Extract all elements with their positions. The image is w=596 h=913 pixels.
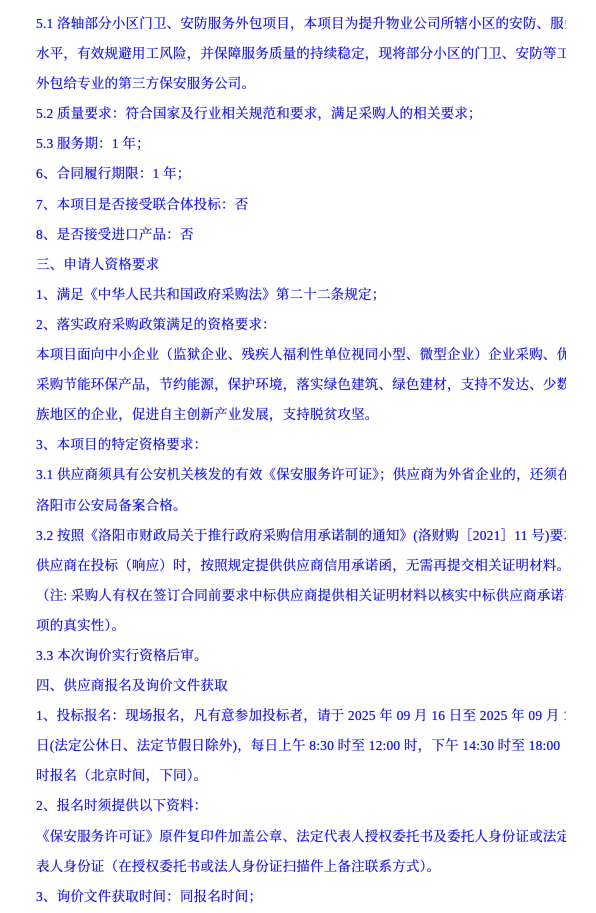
text-line: 3、询价文件获取时间：同报名时间； [36, 882, 566, 912]
text-line: 5.2 质量要求：符合国家及行业相关规范和要求，满足采购人的相关要求； [36, 99, 566, 129]
text-line: 外包给专业的第三方保安服务公司。 [36, 69, 566, 99]
text-line: 本项目面向中小企业（监狱企业、残疾人福利性单位视同小型、微型企业）企业采购、优先 [36, 340, 566, 370]
text-line: 7、本项目是否接受联合体投标：否 [36, 190, 566, 220]
text-line: 洛阳市公安局备案合格。 [36, 491, 566, 521]
document-body: 5.1 洛轴部分小区门卫、安防服务外包项目，本项目为提升物业公司所辖小区的安防、… [36, 9, 566, 912]
document-page: 5.1 洛轴部分小区门卫、安防服务外包项目，本项目为提升物业公司所辖小区的安防、… [0, 0, 596, 913]
text-line: 四、供应商报名及询价文件获取 [36, 671, 566, 701]
text-line: 族地区的企业，促进自主创新产业发展，支持脱贫攻坚。 [36, 400, 566, 430]
text-line: 表人身份证（在授权委托书或法人身份证扫描件上备注联系方式）。 [36, 852, 566, 882]
text-line: 供应商在投标（响应）时，按照规定提供供应商信用承诺函，无需再提交相关证明材料。 [36, 551, 566, 581]
text-line: 3、本项目的特定资格要求： [36, 430, 566, 460]
text-line: 5.1 洛轴部分小区门卫、安防服务外包项目，本项目为提升物业公司所辖小区的安防、… [36, 9, 566, 39]
text-line: 5.3 服务期：1 年； [36, 129, 566, 159]
text-line: 2、落实政府采购政策满足的资格要求： [36, 310, 566, 340]
text-line: 1、满足《中华人民共和国政府采购法》第二十二条规定； [36, 280, 566, 310]
text-line: （注: 采购人有权在签订合同前要求中标供应商提供相关证明材料以核实中标供应商承诺… [36, 581, 566, 611]
text-line: 三、申请人资格要求 [36, 250, 566, 280]
text-line: 3.2 按照《洛阳市财政局关于推行政府采购信用承诺制的通知》(洛财购［2021］… [36, 521, 566, 551]
text-line: 项的真实性）。 [36, 611, 566, 641]
text-line: 采购节能环保产品，节约能源，保护环境，落实绿色建筑、绿色建材，支持不发达、少数民 [36, 370, 566, 400]
text-line: 3.1 供应商须具有公安机关核发的有效《保安服务许可证》；供应商为外省企业的，还… [36, 460, 566, 490]
text-line: 8、是否接受进口产品：否 [36, 220, 566, 250]
text-line: 3.3 本次询价实行资格后审。 [36, 641, 566, 671]
text-line: 6、合同履行期限：1 年； [36, 159, 566, 189]
text-line: 《保安服务许可证》原件复印件加盖公章、法定代表人授权委托书及委托人身份证或法定代 [36, 822, 566, 852]
text-line: 水平，有效规避用工风险，并保障服务质量的持续稳定，现将部分小区的门卫、安防等工作 [36, 39, 566, 69]
text-line: 日(法定公休日、法定节假日除外)，每日上午 8:30 时至 12:00 时，下午… [36, 731, 566, 761]
text-line: 2、报名时须提供以下资料： [36, 791, 566, 821]
text-line: 1、投标报名：现场报名，凡有意参加投标者，请于 2025 年 09 月 16 日… [36, 701, 566, 731]
text-line: 时报名（北京时间，下同）。 [36, 761, 566, 791]
